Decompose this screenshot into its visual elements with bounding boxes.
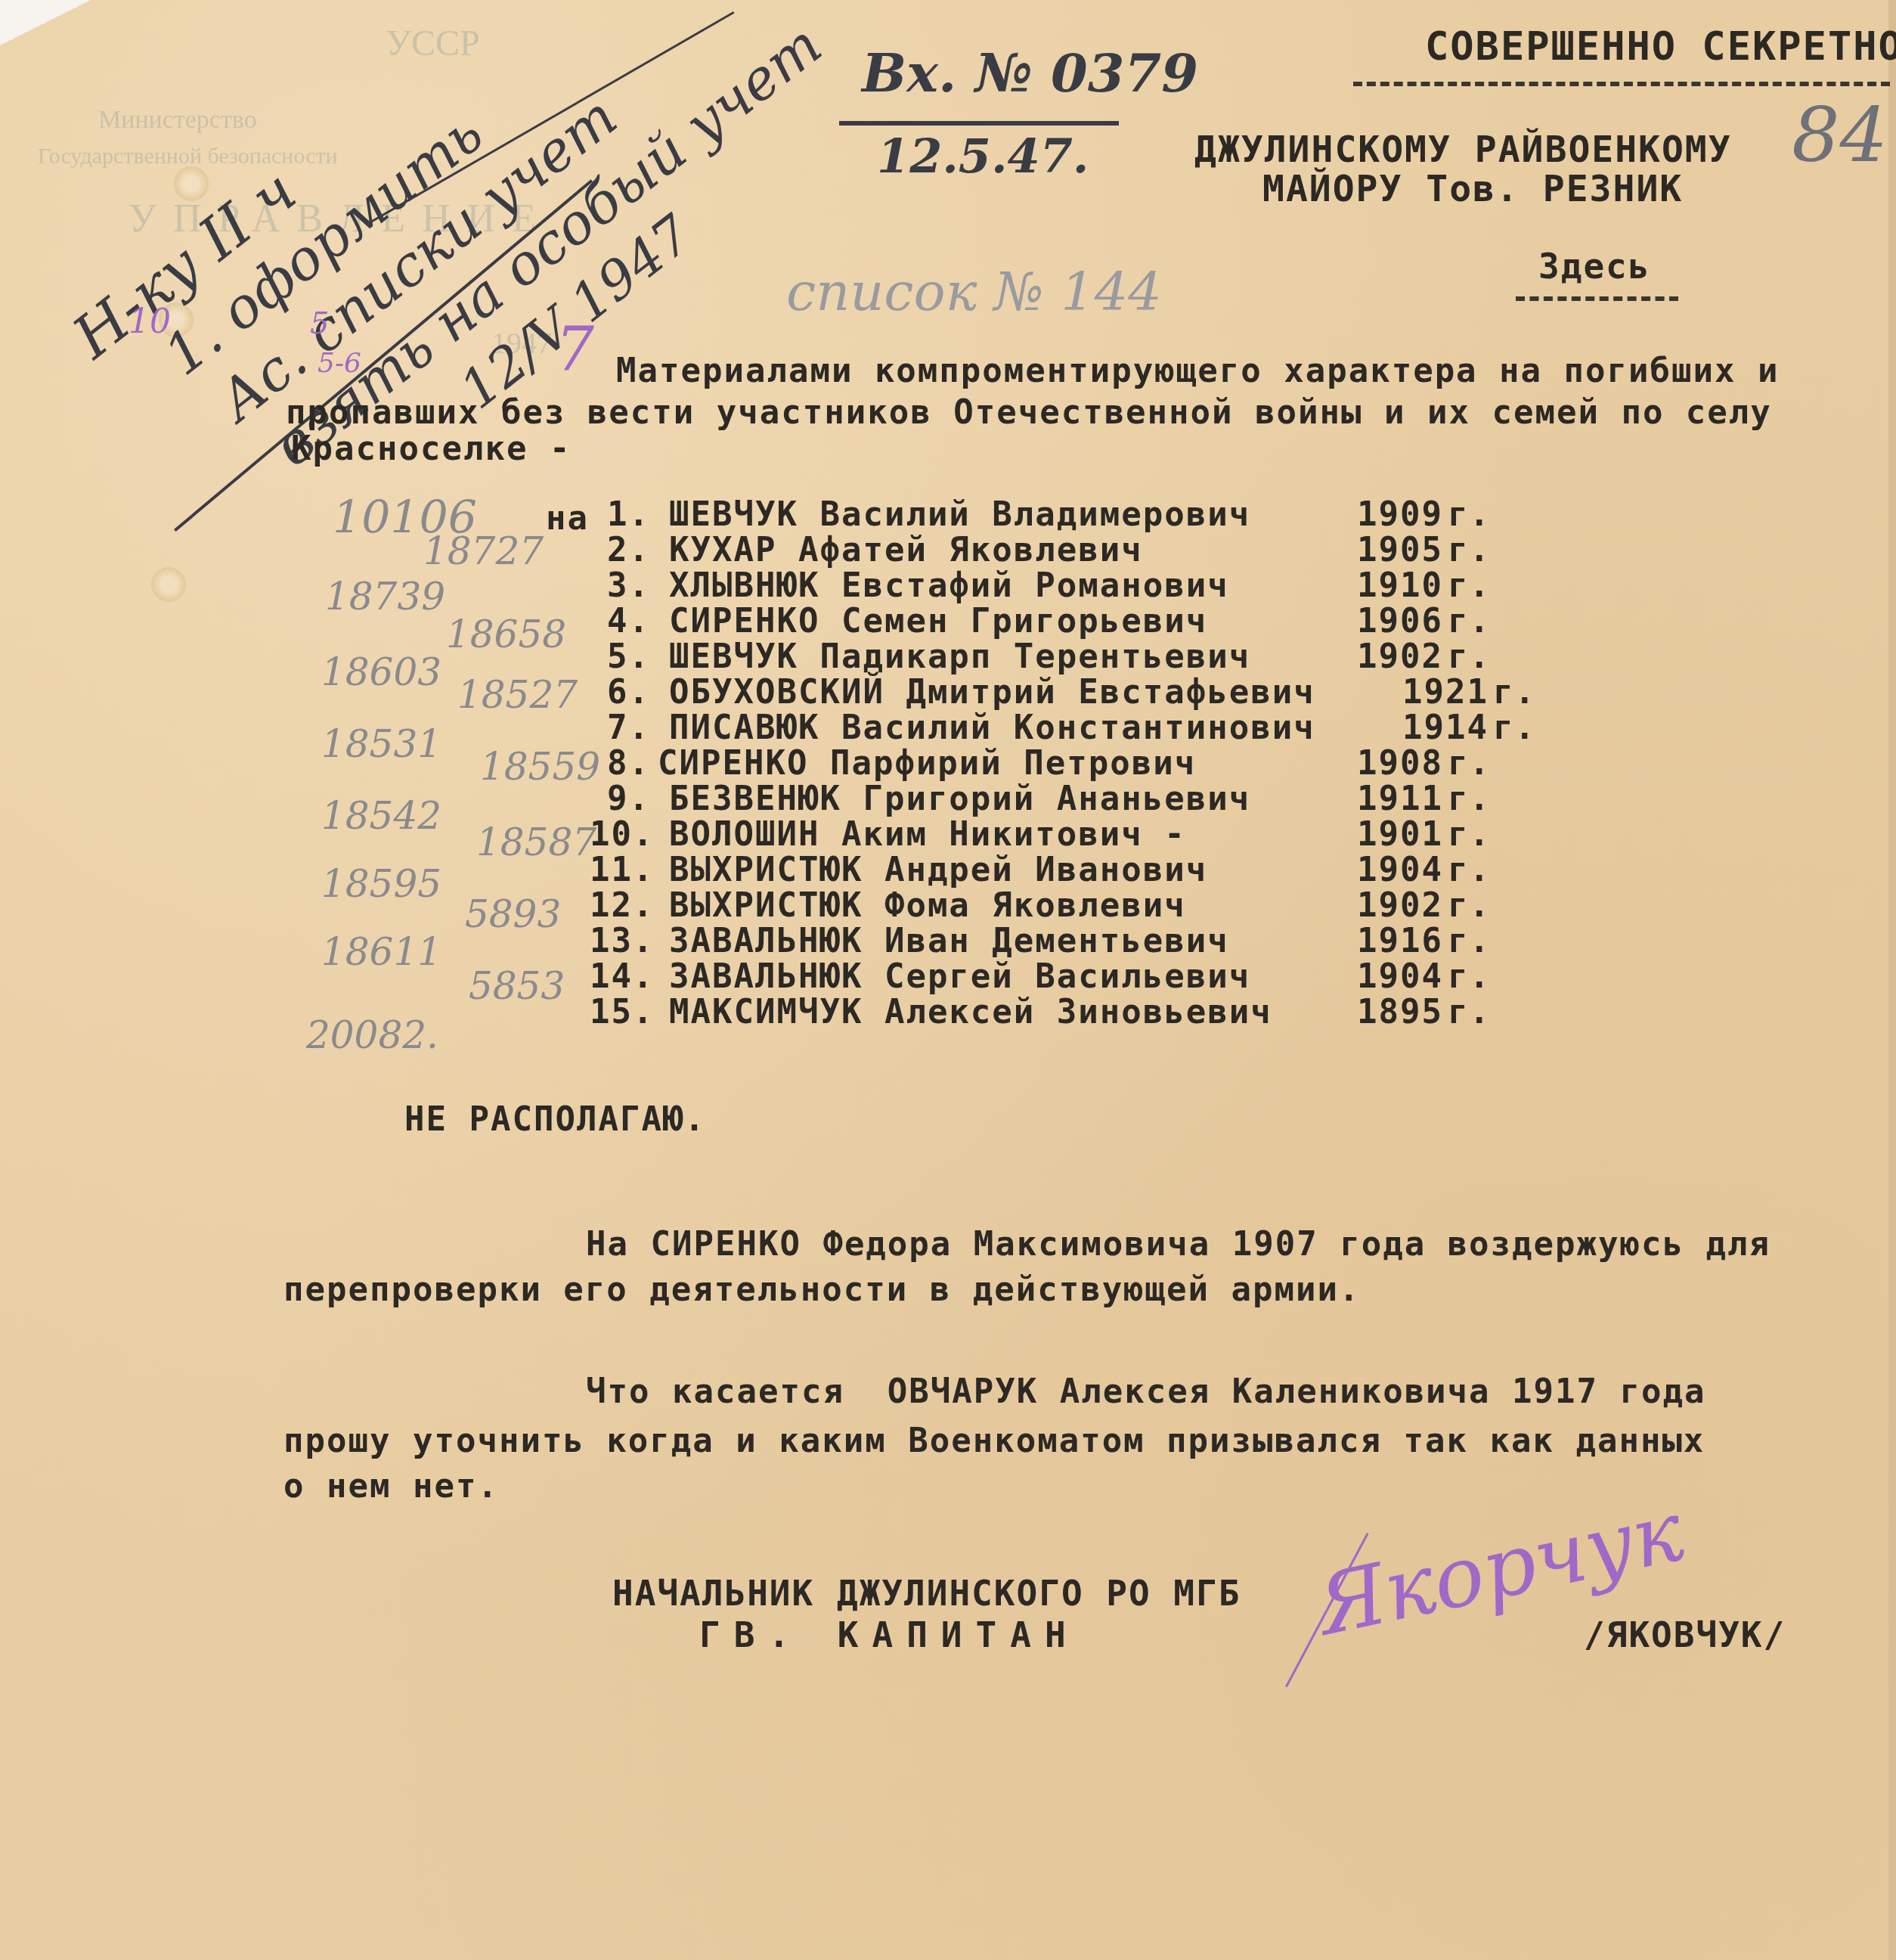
margin-archive-number: 18527	[457, 673, 578, 717]
list-number-note: список № 144	[786, 261, 1162, 323]
signatory-title-1: НАЧАЛЬНИК ДЖУЛИНСКОГО РО МГБ	[612, 1573, 1241, 1614]
stamp-line: Министерство	[98, 106, 257, 135]
margin-archive-number: 18611	[321, 930, 441, 974]
page-number: 84	[1792, 91, 1888, 179]
paragraph-2-line-1: На СИРЕНКО Федора Максимовича 1907 года …	[586, 1225, 1771, 1264]
margin-archive-number: 20082.	[306, 1013, 438, 1057]
classification-underline	[1353, 82, 1890, 86]
margin-archive-number: 18739	[325, 575, 445, 619]
paragraph-3-line-1: Что касается ОВЧАРУК Алексея Каленикович…	[586, 1372, 1706, 1411]
signatory-name: /ЯКОВЧУК/	[1584, 1614, 1786, 1655]
document-page: УССР Министерство Государственной безопа…	[0, 0, 1896, 1960]
intro-line-2: пропавших без вести участников Отечестве…	[286, 393, 1772, 432]
registration-divider	[839, 121, 1119, 126]
margin-archive-number: 18595	[321, 862, 441, 906]
margin-archive-number: 18658	[446, 612, 566, 656]
margin-archive-number: 18559	[480, 745, 600, 789]
margin-archive-number: 18727	[423, 529, 544, 573]
addressee-line-1: ДЖУЛИНСКОМУ РАЙВОЕНКОМУ	[1194, 129, 1732, 171]
margin-archive-number: 5893	[465, 892, 561, 936]
intro-line-1: Материалами компроментирующего характера…	[616, 352, 1779, 390]
paragraph-2-line-2: перепроверки его деятельности в действую…	[283, 1270, 1361, 1309]
punch-hole	[151, 567, 186, 602]
intro-na: на	[546, 499, 589, 538]
margin-archive-number: 18603	[321, 650, 441, 694]
classification-label: СОВЕРШЕННО СЕКРЕТНО	[1425, 24, 1896, 70]
violet-mark: 10	[129, 302, 171, 341]
margin-archive-number: 18531	[321, 722, 441, 766]
location-underline	[1516, 296, 1678, 301]
margin-archive-number: 18542	[321, 794, 441, 838]
paragraph-3-line-2: прошу уточнить когда и каким Военкоматом…	[283, 1422, 1705, 1460]
paragraph-3-line-3: о нем нет.	[283, 1467, 499, 1506]
signatory-title-2: ГВ. КАПИТАН	[699, 1614, 1080, 1655]
addressee-line-2: МАЙОРУ Тов. РЕЗНИК	[1262, 168, 1683, 210]
violet-mark: 5	[310, 306, 329, 341]
violet-mark: 7	[556, 314, 594, 384]
page-edge	[1888, 0, 1896, 1960]
addressee-location: Здесь	[1538, 246, 1650, 287]
conclusion: НЕ РАСПОЛАГАЮ.	[404, 1100, 706, 1139]
margin-archive-number: 5853	[469, 964, 565, 1008]
registration-date: 12.5.47.	[877, 129, 1089, 184]
intro-line-3: Красноселке -	[291, 430, 571, 468]
violet-mark: 5-6	[318, 348, 361, 379]
margin-archive-number: 18587	[476, 820, 596, 864]
